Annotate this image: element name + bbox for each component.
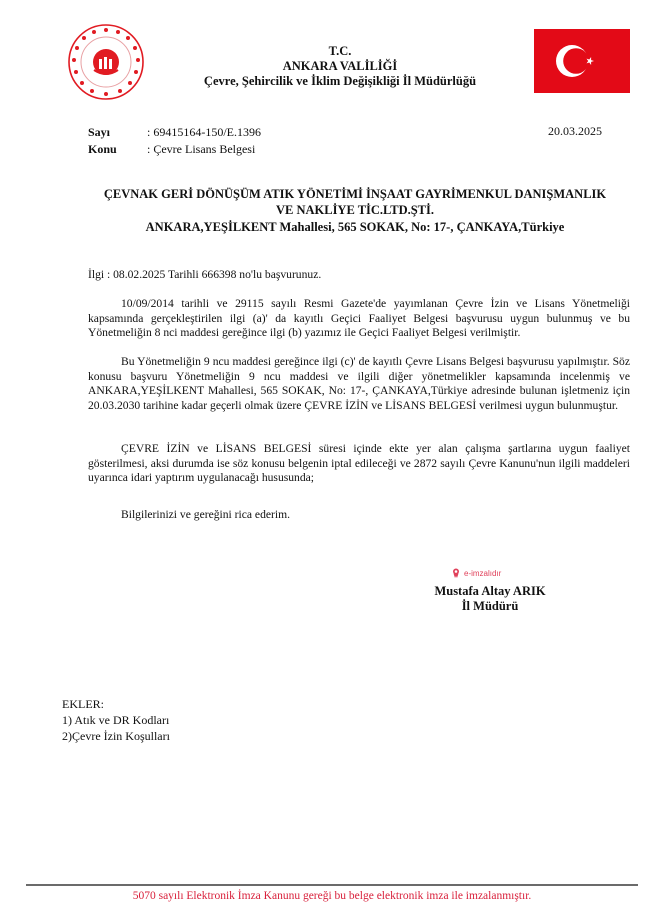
recipient-company-name: ÇEVNAK GERİ DÖNÜŞÜM ATIK YÖNETİMİ İNŞAAT… [60, 186, 650, 202]
recipient-address: ANKARA,YEŞİLKENT Mahallesi, 565 SOKAK, N… [60, 219, 650, 235]
body-paragraph: Bu Yönetmeliğin 9 ncu maddesi gereğince … [88, 355, 630, 413]
subject-row: Konu : Çevre Lisans Belgesi [88, 141, 388, 157]
reference-number-row: Sayı : 69415164-150/E.1396 [88, 124, 388, 140]
closing-line: Bilgilerinizi ve gereğini rica ederim. [88, 508, 630, 523]
header-tc: T.C. [150, 44, 530, 59]
reference-number-label: Sayı [88, 124, 110, 140]
ministry-seal-icon [66, 22, 146, 102]
header-governorship: ANKARA VALİLİĞİ [150, 59, 530, 74]
document-date: 20.03.2025 [548, 124, 602, 139]
turkish-flag-icon [534, 29, 630, 93]
subject-value: : Çevre Lisans Belgesi [147, 141, 255, 157]
reference-line: İlgi : 08.02.2025 Tarihli 666398 no'lu b… [88, 268, 630, 283]
signer-name: Mustafa Altay ARIK [400, 584, 580, 599]
recipient-company-name-cont: VE NAKLİYE TİC.LTD.ŞTİ. [60, 202, 650, 218]
subject-label: Konu [88, 141, 117, 157]
e-signature-stamp: e-imzalıdır [452, 568, 501, 578]
attachment-item: 1) Atık ve DR Kodları [62, 713, 169, 729]
e-signature-label: e-imzalıdır [464, 569, 501, 578]
body-paragraph: 10/09/2014 tarihli ve 29115 sayılı Resmi… [88, 297, 630, 341]
e-signature-notice: 5070 sayılı Elektronik İmza Kanunu gereğ… [26, 890, 638, 902]
reference-number-value: : 69415164-150/E.1396 [147, 124, 261, 140]
body-paragraph: ÇEVRE İZİN ve LİSANS BELGESİ süresi için… [88, 442, 630, 486]
attachment-item: 2)Çevre İzin Koşulları [62, 729, 170, 745]
header-directorate: Çevre, Şehircilik ve İklim Değişikliği İ… [150, 74, 530, 89]
rosette-icon [452, 568, 460, 578]
attachments-heading: EKLER: [62, 697, 104, 713]
signer-title: İl Müdürü [400, 599, 580, 614]
footer-divider [26, 884, 638, 886]
